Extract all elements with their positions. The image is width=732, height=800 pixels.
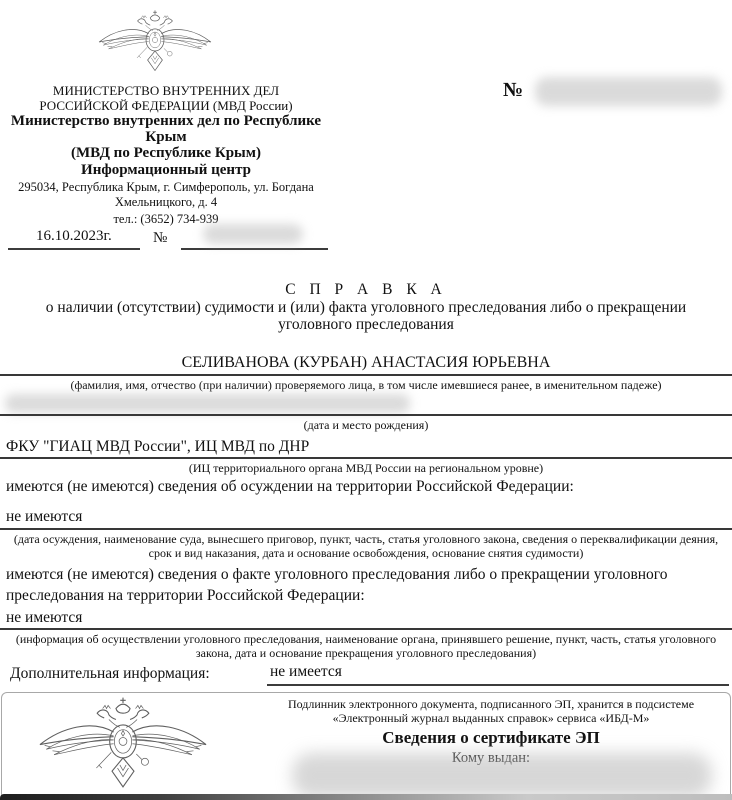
image-bottom-edge (0, 794, 732, 800)
caption-org: (ИЦ территориального органа МВД России н… (0, 461, 732, 475)
caption-conviction: (дата осуждения, наименование суда, выне… (3, 532, 729, 561)
mvd-emblem-icon (97, 3, 213, 79)
document-number-block: № (503, 79, 523, 102)
issue-date: 16.10.2023г. (8, 228, 140, 250)
ministry-line-2: РОССИЙСКОЙ ФЕДЕРАЦИИ (МВД России) (0, 99, 332, 114)
date-number-row: 16.10.2023г. № (8, 226, 328, 250)
org-short-name: (МВД по Республике Крым) (0, 145, 332, 161)
org-name: Министерство внутренних дел по Республик… (0, 113, 332, 145)
prosecution-question: имеются (не имеются) сведения о факте уг… (6, 565, 728, 607)
outgoing-number-field (181, 226, 328, 250)
document-title: С П Р А В К А (0, 281, 732, 299)
caption-prosecution: (информация об осуществлении уголовного … (6, 632, 726, 661)
ministry-line-1: МИНИСТЕРСТВО ВНУТРЕННИХ ДЕЛ (0, 84, 332, 99)
conviction-question: имеются (не имеются) сведения об осужден… (6, 478, 574, 496)
caption-name: (фамилия, имя, отчество (при наличии) пр… (0, 378, 732, 392)
caption-birth: (дата и место рождения) (0, 418, 732, 432)
additional-info-value: не имеется (267, 663, 729, 686)
person-name: СЕЛИВАНОВА (КУРБАН) АНАСТАСИЯ ЮРЬЕВНА (0, 354, 732, 372)
additional-info-label: Дополнительная информация: (10, 665, 210, 683)
redacted-outgoing-number (203, 224, 303, 244)
electronic-signature-note: Подлинник электронного документа, подпис… (252, 697, 730, 725)
certificate-title: Сведения о сертификате ЭП (252, 728, 730, 748)
certificate-document: МИНИСТЕРСТВО ВНУТРЕННИХ ДЕЛ РОССИЙСКОЙ Ф… (0, 0, 732, 800)
rule-under-name (0, 374, 732, 376)
division-name: Информационный центр (0, 162, 332, 178)
rule-under-conviction (0, 528, 732, 530)
letterhead: МИНИСТЕРСТВО ВНУТРЕННИХ ДЕЛ РОССИЙСКОЙ Ф… (0, 84, 332, 226)
conviction-answer: не имеются (6, 508, 82, 526)
issuing-org: ФКУ "ГИАЦ МВД России", ИЦ МВД по ДНР (6, 438, 309, 456)
redacted-document-number (535, 77, 722, 106)
rule-under-birth (0, 414, 732, 416)
document-subtitle: о наличии (отсутствии) судимости и (или)… (16, 299, 716, 333)
rule-under-org (0, 457, 732, 459)
number-label-left: № (140, 230, 181, 250)
number-label: № (503, 79, 523, 102)
redacted-certificate-details (292, 753, 712, 798)
mvd-emblem-icon (32, 696, 214, 790)
rule-under-prosecution (0, 628, 732, 630)
prosecution-answer: не имеются (6, 609, 82, 627)
org-address: 295034, Республика Крым, г. Симферополь,… (0, 180, 332, 211)
redacted-birth-data (5, 394, 410, 413)
